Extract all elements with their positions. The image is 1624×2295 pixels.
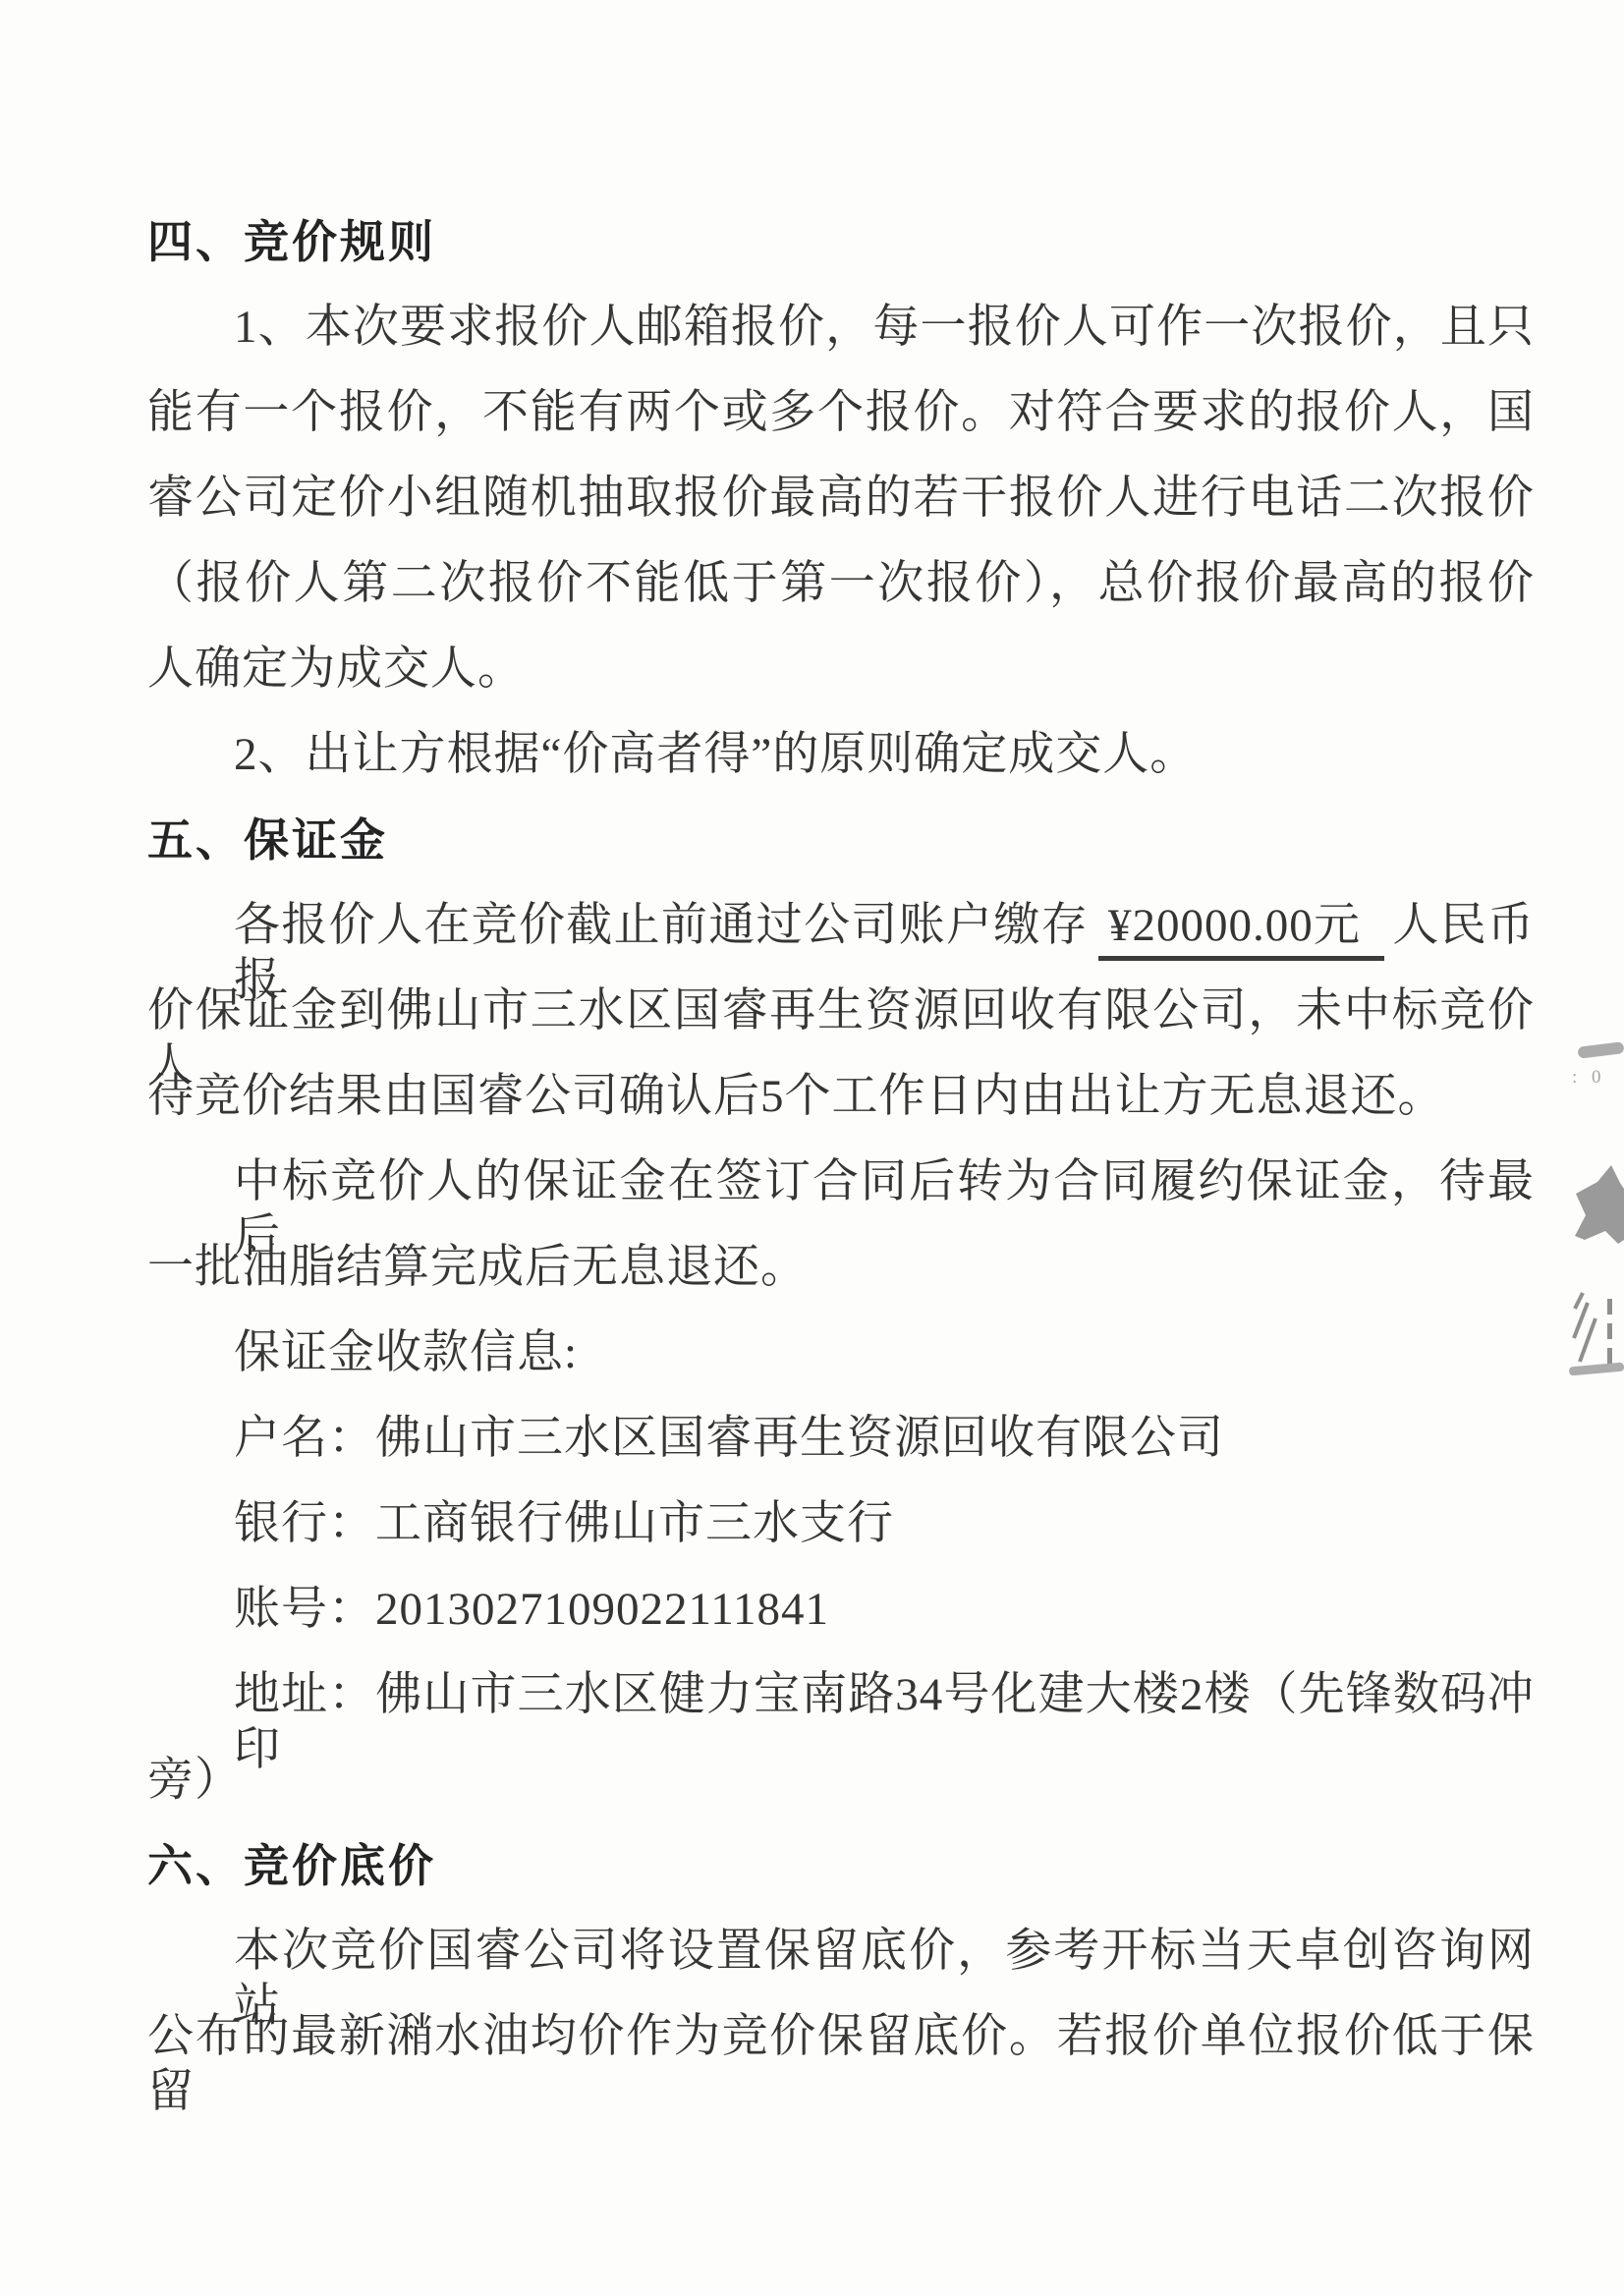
stamp-marks-icon: [1569, 1293, 1624, 1375]
address-line-continued: 旁）: [147, 1753, 1535, 1838]
heading-bidding-rules: 四、竞价规则: [147, 214, 1535, 300]
address-line: 地址：佛山市三水区健力宝南路34号化建大楼2楼（先锋数码冲印: [147, 1667, 1535, 1753]
text-line: 公布的最新潲水油均价作为竞价保留底价。若报价单位报价低于保留: [147, 2009, 1535, 2095]
deposit-pre-text: 各报价人在竞价截止前通过公司账户缴存: [234, 900, 1089, 951]
account-holder-line: 户名：佛山市三水区国睿再生资源回收有限公司: [147, 1411, 1535, 1496]
stamp-artifacts: : 0: [1565, 1032, 1624, 1385]
deposit-info-label: 保证金收款信息:: [147, 1325, 1535, 1411]
document-page: 四、竞价规则 1、本次要求报价人邮箱报价，每一报价人可作一次报价，且只 能有一个…: [0, 0, 1624, 2295]
deposit-amount-underlined: ¥20000.00元: [1098, 900, 1384, 961]
stamp-star-icon: [1575, 1165, 1624, 1244]
text-line: 1、本次要求报价人邮箱报价，每一报价人可作一次报价，且只: [147, 300, 1535, 385]
stamp-smudge-icon: : 0: [1572, 1041, 1624, 1088]
account-number-line: 账号：2013027109022111841: [147, 1582, 1535, 1667]
text-line: 价保证金到佛山市三水区国睿再生资源回收有限公司，未中标竞价人: [147, 983, 1535, 1069]
document-content: 四、竞价规则 1、本次要求报价人邮箱报价，每一报价人可作一次报价，且只 能有一个…: [147, 214, 1535, 2095]
text-line: （报价人第二次报价不能低于第一次报价），总价报价最高的报价: [147, 556, 1535, 642]
text-line: 2、出让方根据“价高者得”的原则确定成交人。: [147, 727, 1535, 812]
text-line: 能有一个报价，不能有两个或多个报价。对符合要求的报价人，国: [147, 385, 1535, 471]
text-line: 人确定为成交人。: [147, 642, 1535, 727]
text-line: 中标竞价人的保证金在签订合同后转为合同履约保证金，待最后: [147, 1154, 1535, 1240]
text-line: 本次竞价国睿公司将设置保留底价，参考开标当天卓创咨询网站: [147, 1924, 1535, 2009]
bank-line: 银行：工商银行佛山市三水支行: [147, 1496, 1535, 1582]
stamp-edge-text: : 0: [1572, 1067, 1606, 1088]
heading-floor-price: 六、竞价底价: [147, 1838, 1535, 1924]
text-line: 睿公司定价小组随机抽取报价最高的若干报价人进行电话二次报价: [147, 471, 1535, 556]
text-line: 待竞价结果由国睿公司确认后5个工作日内由出让方无息退还。: [147, 1069, 1535, 1154]
text-line: 一批油脂结算完成后无息退还。: [147, 1240, 1535, 1325]
heading-deposit: 五、保证金: [147, 812, 1535, 898]
deposit-amount-line: 各报价人在竞价截止前通过公司账户缴存¥20000.00元人民币报: [147, 898, 1535, 983]
